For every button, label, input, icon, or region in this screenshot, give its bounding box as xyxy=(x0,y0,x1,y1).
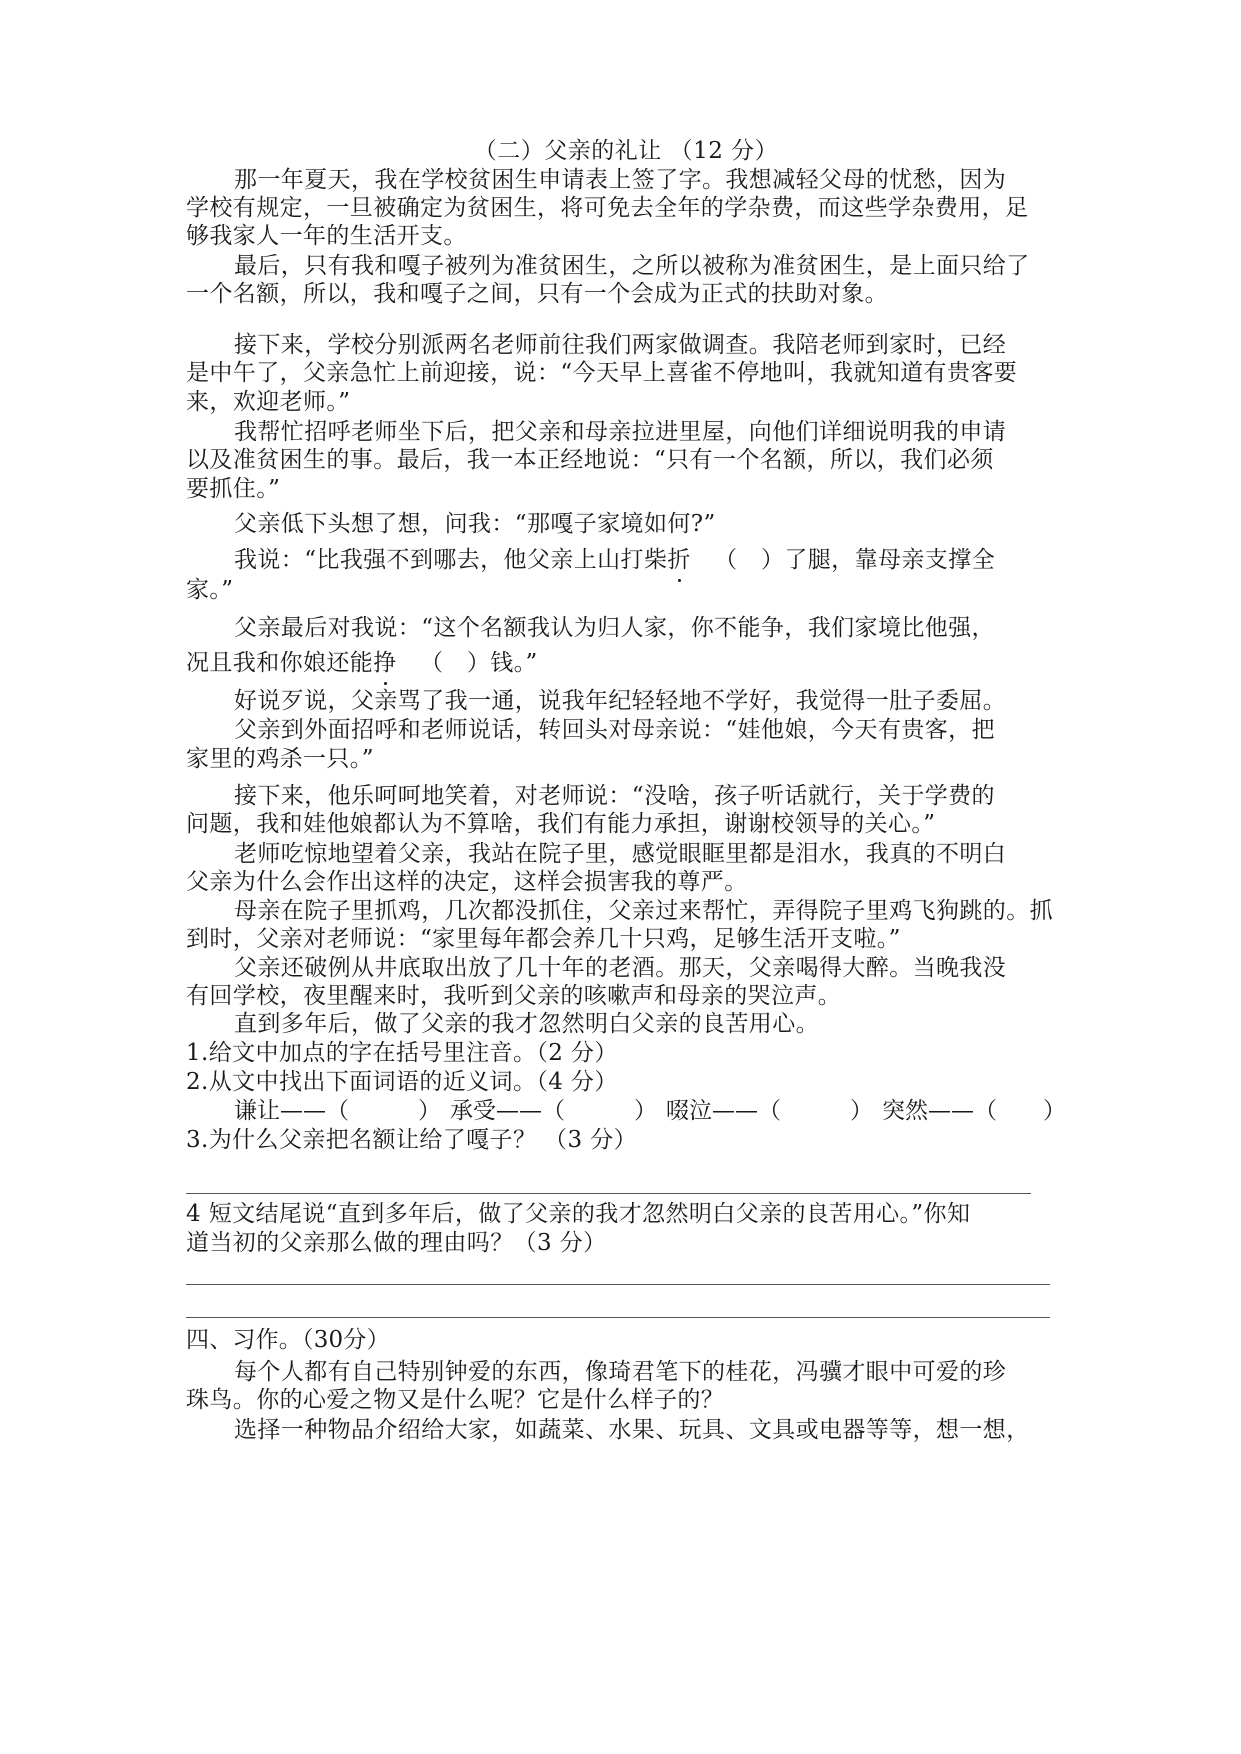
synonym-item-qianrang[interactable]: 谦让——（ ） xyxy=(234,1097,441,1125)
passage-line: 我帮忙招呼老师坐下后，把父亲和母亲拉进里屋，向他们详细说明我的申请 xyxy=(234,418,1006,446)
passage-line: 要抓住。” xyxy=(186,475,280,503)
passage-line: 以及准贫困生的事。最后，我一本正经地说：“只有一个名额，所以，我们必须 xyxy=(186,446,994,474)
passage-line: 我说：“比我强不到哪去，他父亲上山打柴折 （ ）了腿，靠母亲支撑全 xyxy=(234,546,995,574)
passage-line: 父亲到外面招呼和老师说话，转回头对母亲说：“娃他娘，今天有贵客，把 xyxy=(234,716,995,744)
answer-line-q4-1[interactable] xyxy=(186,1284,1050,1285)
passage-line: 接下来，他乐呵呵地笑着，对老师说：“没啥，孩子听话就行，关于学费的 xyxy=(234,782,995,810)
passage-text: （ ）钱。” xyxy=(420,650,538,676)
synonym-item-chengshou[interactable]: 承受——（ ） xyxy=(450,1097,657,1125)
section-title: （二）父亲的礼让 （12 分） xyxy=(186,137,1066,165)
passage-line: 有回学校，夜里醒来时，我听到父亲的咳嗽声和母亲的哭泣声。 xyxy=(186,982,841,1010)
passage-line: 家里的鸡杀一只。” xyxy=(186,745,374,773)
composition-line: 每个人都有自己特别钟爱的东西，像琦君笔下的桂花，冯骥才眼中可爱的珍 xyxy=(234,1358,1006,1386)
passage-line: 接下来，学校分别派两名老师前往我们两家做调查。我陪老师到家时，已经 xyxy=(234,331,1006,359)
passage-line: 最后，只有我和嘎子被列为准贫困生，之所以被称为准贫困生，是上面只给了 xyxy=(234,252,1030,280)
passage-line: 问题，我和娃他娘都认为不算啥，我们有能力承担，谢谢校领导的关心。” xyxy=(186,810,935,838)
passage-line: 父亲最后对我说：“这个名额我认为归人家，你不能争，我们家境比他强， xyxy=(234,614,995,642)
passage-line: 直到多年后，做了父亲的我才忽然明白父亲的良苦用心。 xyxy=(234,1010,819,1038)
passage-line: 那一年夏天，我在学校贫困生申请表上签了字。我想减轻父母的忧愁，因为 xyxy=(234,166,1006,194)
answer-line-q3[interactable] xyxy=(186,1193,1031,1194)
passage-line: 学校有规定，一旦被确定为贫困生，将可免去全年的学杂费，而这些学杂费用，足 xyxy=(186,194,1028,222)
synonym-item-chuoqi[interactable]: 啜泣——（ ） xyxy=(666,1097,873,1125)
composition-line: 珠鸟。你的心爱之物又是什么呢？它是什么样子的？ xyxy=(186,1386,724,1414)
passage-line: 到时，父亲对老师说：“家里每年都会养几十只鸡，足够生活开支啦。” xyxy=(186,925,901,953)
pinyin-blank[interactable] xyxy=(691,546,714,574)
passage-line: 够我家人一年的生活开支。 xyxy=(186,222,467,250)
passage-line: 是中午了，父亲急忙上前迎接，说：“今天早上喜雀不停地叫，我就知道有贵客要 xyxy=(186,359,1017,387)
passage-line: 父亲还破例从井底取出放了几十年的老酒。那天，父亲喝得大醉。当晚我没 xyxy=(234,954,1006,982)
composition-line: 选择一种物品介绍给大家，如蔬菜、水果、玩具、文具或电器等等，想一想， xyxy=(234,1416,1030,1444)
composition-heading: 四、习作。（30分） xyxy=(186,1326,390,1354)
dotted-character: 挣 xyxy=(373,649,396,677)
question-4-line-1: 4 短文结尾说“直到多年后，做了父亲的我才忽然明白父亲的良苦用心。”你知 xyxy=(186,1200,970,1228)
passage-line: 老师吃惊地望着父亲，我站在院子里，感觉眼眶里都是泪水，我真的不明白 xyxy=(234,840,1006,868)
answer-line-q4-2[interactable] xyxy=(186,1317,1050,1318)
question-4-line-2: 道当初的父亲那么做的理由吗？（3 分） xyxy=(186,1229,607,1257)
passage-line: 况且我和你娘还能挣 （ ）钱。” xyxy=(186,649,538,677)
passage-text: （ ）了腿，靠母亲支撑全 xyxy=(714,547,995,573)
passage-line: 来，欢迎老师。” xyxy=(186,388,350,416)
passage-line: 父亲低下头想了想，问我：“那嘎子家境如何?” xyxy=(234,510,716,538)
synonym-item-turan[interactable]: 突然——（ ） xyxy=(882,1097,1066,1125)
synonym-row: 谦让——（ ） 承受——（ ） 啜泣——（ ） 突然——（ ） xyxy=(234,1097,1066,1125)
passage-line: 好说歹说，父亲骂了我一通，说我年纪轻轻地不学好，我觉得一肚子委屈。 xyxy=(234,687,1006,715)
question-2: 2.从文中找出下面词语的近义词。（4 分） xyxy=(186,1068,618,1096)
question-3: 3.为什么父亲把名额让给了嘎子？ （3 分） xyxy=(186,1126,637,1154)
passage-line: 家。” xyxy=(186,576,233,604)
pinyin-blank[interactable] xyxy=(397,649,420,677)
passage-line: 母亲在院子里抓鸡，几次都没抓住，父亲过来帮忙，弄得院子里鸡飞狗跳的。抓 xyxy=(234,897,1053,925)
passage-text: 我说：“比我强不到哪去，他父亲上山打柴 xyxy=(234,547,667,573)
dotted-character: 折 xyxy=(667,546,690,574)
passage-text: 况且我和你娘还能 xyxy=(186,650,373,676)
passage-line: 父亲为什么会作出这样的决定，这样会损害我的尊严。 xyxy=(186,868,748,896)
question-1: 1.给文中加点的字在括号里注音。（2 分） xyxy=(186,1039,618,1067)
passage-line: 一个名额，所以，我和嘎子之间，只有一个会成为正式的扶助对象。 xyxy=(186,280,888,308)
